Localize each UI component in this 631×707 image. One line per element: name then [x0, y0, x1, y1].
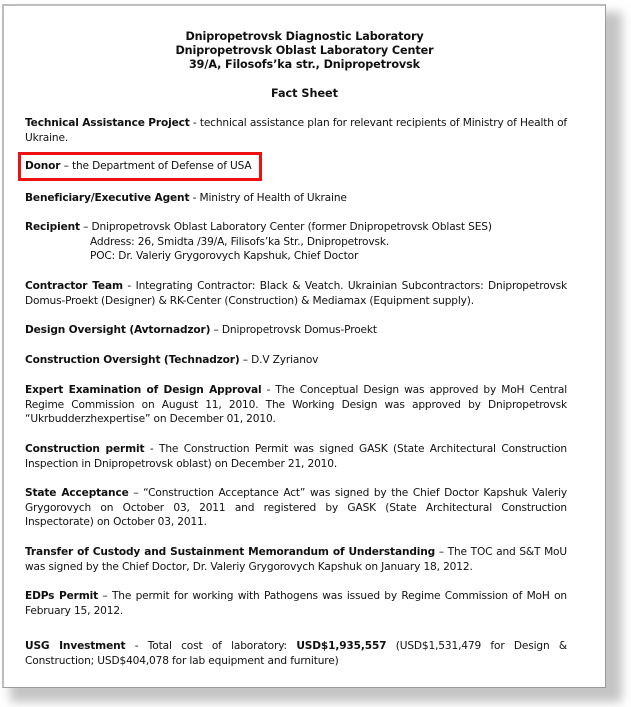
section-technical-assistance: Technical Assistance Project - technical… [25, 116, 567, 145]
section-contractor-team: Contractor Team - Integrating Contractor… [25, 279, 567, 308]
section-text: – Dnipropetrovsk Domus-Proekt [210, 324, 377, 336]
section-label: Expert Examination of Design Approval [25, 384, 261, 396]
section-label: Transfer of Custody and Sustainment Memo… [25, 546, 435, 558]
section-text: - Ministry of Health of Ukraine [189, 192, 346, 204]
section-text: – the Department of Defense of USA [60, 160, 251, 172]
header-lab-name: Dnipropetrovsk Diagnostic Laboratory [4, 30, 605, 44]
section-edps-permit: EDPs Permit – The permit for working wit… [25, 589, 567, 618]
section-label: Recipient [25, 221, 80, 233]
section-label: Technical Assistance Project [25, 117, 190, 129]
section-recipient: Recipient – Dnipropetrovsk Oblast Labora… [25, 220, 567, 264]
section-label: Donor [25, 160, 60, 172]
section-transfer-custody: Transfer of Custody and Sustainment Memo… [25, 545, 567, 574]
section-label: Construction Oversight (Technadzor) [25, 354, 240, 366]
section-label: Contractor Team [25, 280, 123, 292]
section-construction-permit: Construction permit - The Construction P… [25, 442, 567, 471]
section-expert-examination: Expert Examination of Design Approval - … [25, 383, 567, 427]
section-text: - Total cost of laboratory: [125, 640, 296, 652]
recipient-poc: POC: Dr. Valeriy Grygorovych Kapshuk, Ch… [25, 249, 567, 264]
section-label: Design Oversight (Avtornadzor) [25, 324, 210, 336]
section-label: USG Investment [25, 640, 125, 652]
section-text: – Dnipropetrovsk Oblast Laboratory Cente… [80, 221, 492, 233]
document-header: Dnipropetrovsk Diagnostic Laboratory Dni… [4, 30, 605, 72]
section-beneficiary: Beneficiary/Executive Agent - Ministry o… [25, 191, 567, 206]
section-label: Construction permit [25, 443, 144, 455]
recipient-address: Address: 26, Smidta /39/A, Filisofs’ka S… [25, 235, 567, 250]
section-text: – D.V Zyrianov [240, 354, 319, 366]
section-construction-oversight: Construction Oversight (Technadzor) – D.… [25, 353, 567, 368]
header-center-name: Dnipropetrovsk Oblast Laboratory Center [4, 44, 605, 58]
section-text: – The permit for working with Pathogens … [25, 590, 567, 617]
section-usg-investment: USG Investment - Total cost of laborator… [25, 639, 567, 668]
section-label: Beneficiary/Executive Agent [25, 192, 189, 204]
section-label: State Acceptance [25, 487, 129, 499]
section-state-acceptance: State Acceptance – “Construction Accepta… [25, 486, 567, 530]
total-cost-value: USD$1,935,557 [296, 640, 386, 652]
header-address: 39/A, Filosofs’ka str., Dnipropetrovsk [4, 58, 605, 72]
document-page: Dnipropetrovsk Diagnostic Laboratory Dni… [2, 4, 606, 688]
section-design-oversight: Design Oversight (Avtornadzor) – Dniprop… [25, 323, 567, 338]
section-donor: Donor – the Department of Defense of USA [25, 159, 567, 174]
document-title: Fact Sheet [4, 87, 605, 100]
section-label: EDPs Permit [25, 590, 98, 602]
